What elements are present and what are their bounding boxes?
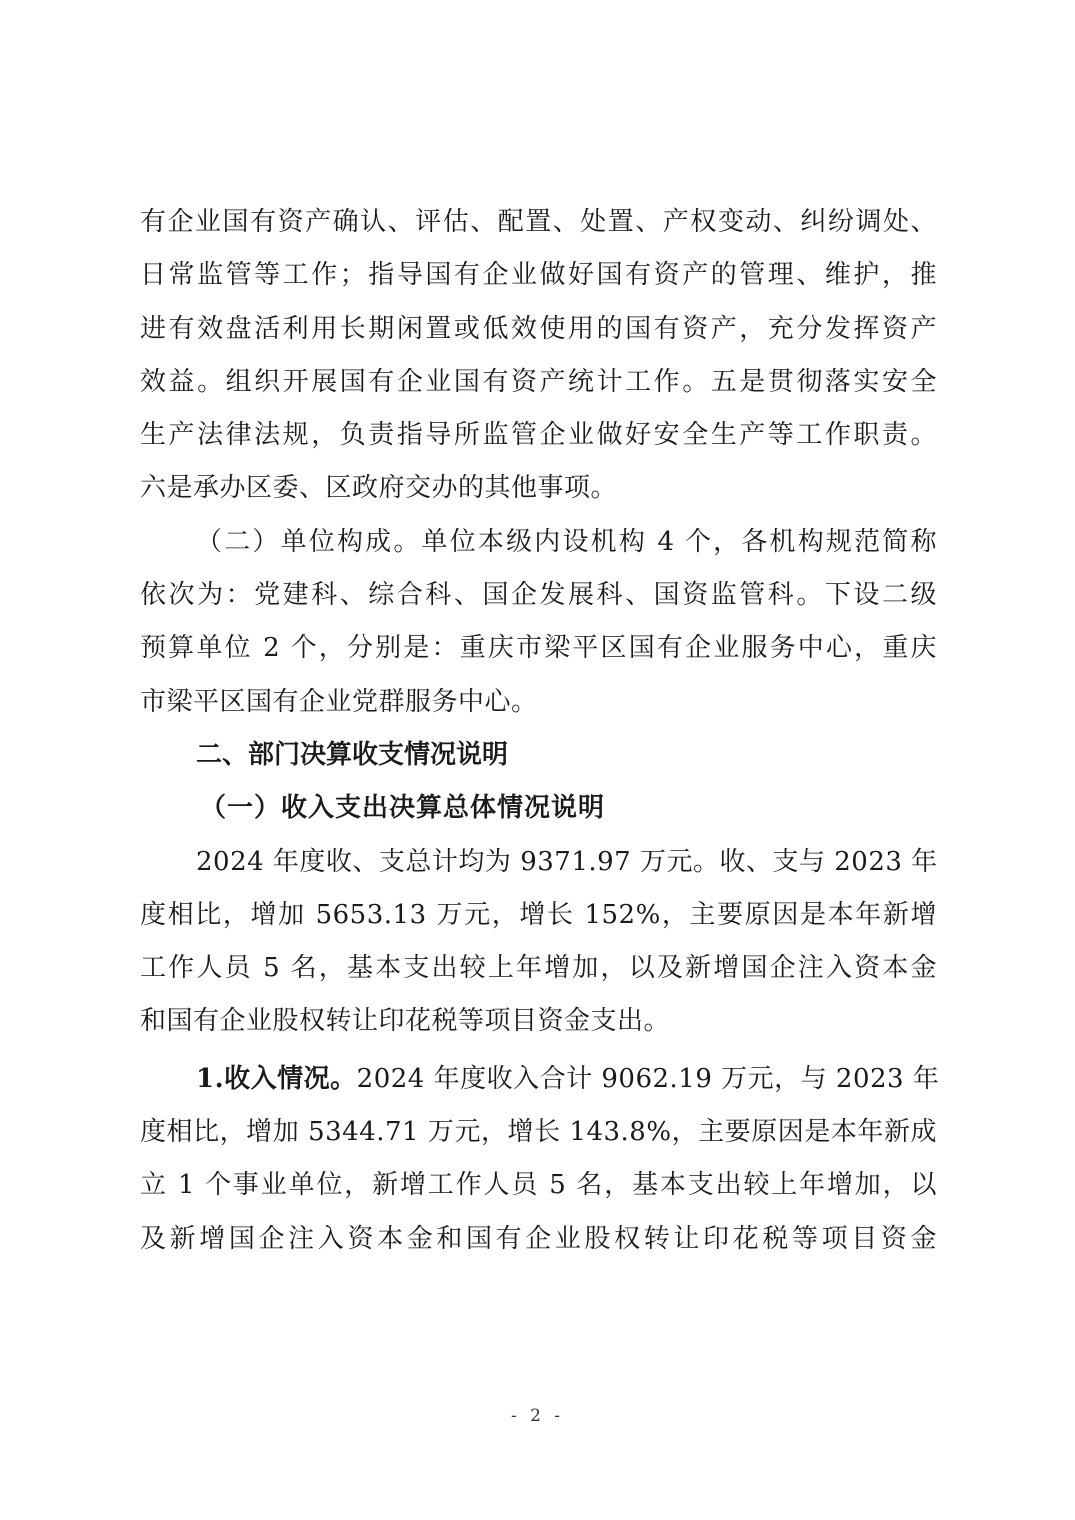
text-line: （二）单位构成。单位本级内设机构 4 个，各机构规范简称 [140,516,937,569]
overall-summary-paragraph: 2024 年度收、支总计均为 9371.97 万元。收、支与 2023 年 度相… [140,836,937,1049]
text-line: 及新增国企注入资本金和国有企业股权转让印花税等项目资金 [140,1213,937,1266]
document-page: 有企业国有资产确认、评估、配置、处置、产权变动、纠纷调处、 日常监管等工作；指导… [0,0,1075,1520]
text-line: 效益。组织开展国有企业国有资产统计工作。五是贯彻落实安全 [140,356,937,409]
section-heading: 二、部门决算收支情况说明 [140,729,937,782]
text-line: 度相比，增加 5653.13 万元，增长 152%，主要原因是本年新增 [140,889,937,942]
section-subheading: （一）收入支出决算总体情况说明 [140,782,937,835]
text-line: 2024 年度收、支总计均为 9371.97 万元。收、支与 2023 年 [140,836,937,889]
text-line: 度相比，增加 5344.71 万元，增长 143.8%，主要原因是本年新成 [140,1106,937,1159]
text-line: 预算单位 2 个，分别是：重庆市梁平区国有企业服务中心，重庆 [140,622,937,675]
text-line: 日常监管等工作；指导国有企业做好国有资产的管理、维护，推 [140,249,937,302]
text-line: 立 1 个事业单位，新增工作人员 5 名，基本支出较上年增加，以 [140,1159,937,1212]
text-line: 工作人员 5 名，基本支出较上年增加，以及新增国企注入资本金 [140,942,937,995]
text-line: 有企业国有资产确认、评估、配置、处置、产权变动、纠纷调处、 [140,196,937,249]
text-line: 进有效盘活利用长期闲置或低效使用的国有资产，充分发挥资产 [140,303,937,356]
text-line: 1.收入情况。2024 年度收入合计 9062.19 万元，与 2023 年 [140,1053,937,1106]
unit-composition-text: 单位本级内设机构 4 个，各机构规范简称 [422,527,937,557]
text-line: 六是承办区委、区政府交办的其他事项。 [140,462,937,515]
page-number: - 2 - [0,1406,1075,1426]
responsibilities-paragraph: 有企业国有资产确认、评估、配置、处置、产权变动、纠纷调处、 日常监管等工作；指导… [140,196,937,516]
text-line: 市梁平区国有企业党群服务中心。 [140,676,937,729]
income-text: 2024 年度收入合计 9062.19 万元，与 2023 年 [357,1064,940,1094]
document-body: 有企业国有资产确认、评估、配置、处置、产权变动、纠纷调处、 日常监管等工作；指导… [140,196,937,1266]
unit-composition-paragraph: （二）单位构成。单位本级内设机构 4 个，各机构规范简称 依次为：党建科、综合科… [140,516,937,729]
income-paragraph: 1.收入情况。2024 年度收入合计 9062.19 万元，与 2023 年 度… [140,1053,937,1266]
text-line: 依次为：党建科、综合科、国企发展科、国资监管科。下设二级 [140,569,937,622]
unit-composition-title: （二）单位构成。 [196,527,422,557]
income-title: 1.收入情况。 [196,1064,357,1094]
text-line: 生产法律法规，负责指导所监管企业做好安全生产等工作职责。 [140,409,937,462]
text-line: 和国有企业股权转让印花税等项目资金支出。 [140,995,937,1048]
